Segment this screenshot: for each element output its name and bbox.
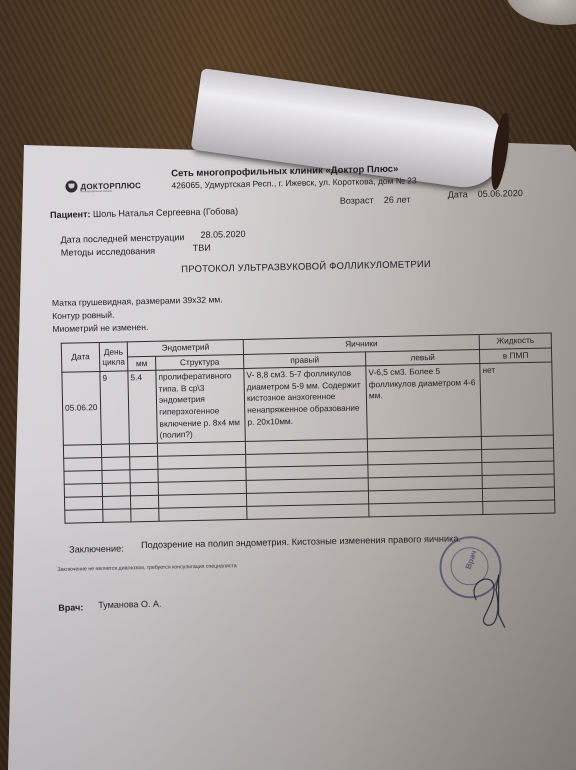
header-endometrium-mm: мм xyxy=(128,356,156,371)
cell-ovary-left: V-6,5 см3. Более 5 фолликулов диаметром … xyxy=(366,364,481,439)
age-value: 26 лет xyxy=(384,194,411,205)
empty-cell xyxy=(102,483,130,497)
finding-uterus-shape: Матка грушевидная, размерами 39х32 мм. xyxy=(52,294,223,308)
ultrasound-report: ДОКТОРПЛЮС многопрофильная клиника Сеть … xyxy=(0,0,576,770)
empty-cell xyxy=(130,469,158,483)
empty-cell xyxy=(65,509,103,523)
table-row: 05.06.20 9 5.4 пролиферативного типа. В … xyxy=(62,362,553,445)
cell-structure: пролиферативного типа. В ср\3 эндометрия… xyxy=(156,369,246,443)
empty-cell xyxy=(103,509,131,523)
header-fluid: Жидкость xyxy=(479,333,551,349)
conclusion-text: Подозрение на полип эндометрия. Кистозны… xyxy=(141,533,461,550)
header-cycle-day: День цикла xyxy=(99,342,128,372)
empty-cell xyxy=(102,470,130,484)
empty-cell xyxy=(129,443,157,457)
empty-cell xyxy=(64,483,102,497)
empty-cell xyxy=(64,496,102,510)
age-label: Возраст xyxy=(340,195,374,206)
finding-contour: Контур ровный. xyxy=(52,310,114,321)
doctor-name: Туманова О. А. xyxy=(98,599,161,610)
empty-cell xyxy=(159,506,247,521)
empty-rows xyxy=(63,435,555,523)
empty-cell xyxy=(130,495,158,509)
patient-line: Пациент: Шоль Наталья Сергеевна (Гобова) xyxy=(50,206,238,220)
logo-subtitle: многопрофильная клиника xyxy=(81,190,112,194)
protocol-title: ПРОТОКОЛ УЛЬТРАЗВУКОВОЙ ФОЛЛИКУЛОМЕТРИИ xyxy=(181,259,431,275)
finding-myometrium: Миометрий не изменен. xyxy=(52,322,148,334)
method-label: Методы исследования xyxy=(61,246,155,258)
folliculometry-table: Дата День цикла Эндометрий Яичники Жидко… xyxy=(61,333,556,524)
doctor-label: Врач: xyxy=(58,602,83,613)
signature-icon xyxy=(466,569,517,630)
empty-cell xyxy=(102,457,130,471)
header-fluid-pmp: в ПМП xyxy=(479,348,551,364)
empty-cell xyxy=(64,470,102,484)
conclusion-label: Заключение: xyxy=(69,544,124,555)
empty-cell xyxy=(102,496,130,510)
empty-cell xyxy=(130,482,158,496)
date-value: 05.06.2020 xyxy=(478,188,523,199)
patient-label: Пациент: xyxy=(50,209,91,220)
empty-cell xyxy=(64,457,102,471)
date-label: Дата xyxy=(448,189,468,199)
clinic-logo: ДОКТОРПЛЮС многопрофильная клиника xyxy=(65,179,141,193)
empty-cell xyxy=(369,501,483,516)
cell-date: 05.06.20 xyxy=(62,372,102,445)
stamp-text: Врач xyxy=(464,549,479,570)
cell-fluid: нет xyxy=(480,362,554,436)
cell-ovary-right: V- 8,8 см3. 5-7 фолликулов диаметром 5-9… xyxy=(244,366,367,441)
empty-cell xyxy=(131,508,159,522)
empty-cell xyxy=(130,456,158,470)
header-date: Дата xyxy=(61,342,100,372)
heart-logo-icon xyxy=(65,180,77,192)
empty-cell xyxy=(247,504,369,520)
empty-cell xyxy=(101,444,129,458)
empty-cell xyxy=(483,500,555,515)
patient-name: Шоль Наталья Сергеевна (Гобова) xyxy=(93,206,238,219)
lmp-value: 28.05.2020 xyxy=(200,229,245,240)
cell-cycle-day: 9 xyxy=(100,371,130,444)
empty-cell xyxy=(63,444,101,458)
cell-mm: 5.4 xyxy=(128,370,158,443)
method-value: ТВИ xyxy=(193,243,211,253)
disclaimer: Заключение не является диагнозом, требуе… xyxy=(57,563,236,573)
lmp-label: Дата последней менструации xyxy=(60,232,184,245)
